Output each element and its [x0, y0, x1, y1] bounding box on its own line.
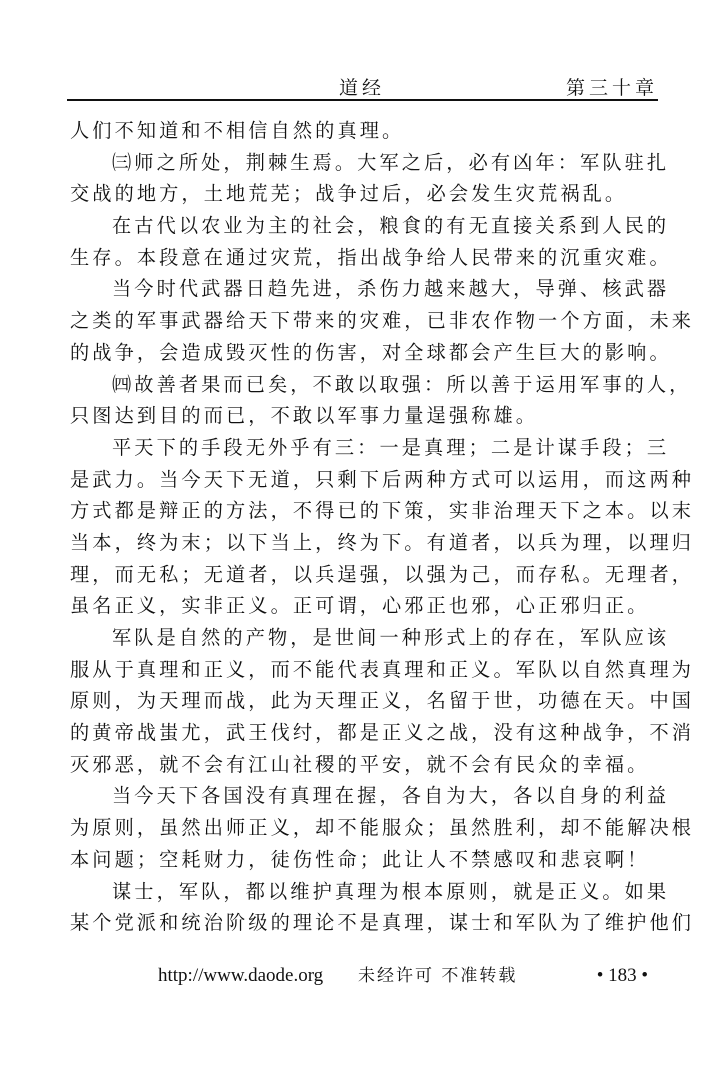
text-line: 本问题；空耗财力，徒伤性命；此让人不禁感叹和悲哀啊！	[70, 844, 658, 876]
text-line: 只图达到目的而已，不敢以军事力量逞强称雄。	[70, 400, 658, 432]
text-line: 的战争，会造成毁灭性的伤害，对全球都会产生巨大的影响。	[70, 337, 658, 369]
text-line: 平天下的手段无外乎有三：一是真理；二是计谋手段；三	[70, 432, 658, 464]
text-line: 交战的地方，土地荒芜；战争过后，必会发生灾荒祸乱。	[70, 178, 658, 210]
text-line: 之类的军事武器给天下带来的灾难，已非农作物一个方面，未来	[70, 305, 658, 337]
text-line: 的黄帝战蚩尤，武王伐纣，都是正义之战，没有这种战争，不消	[70, 717, 658, 749]
text-line: 灭邪恶，就不会有江山社稷的平安，就不会有民众的幸福。	[70, 749, 658, 781]
book-title: 道经	[339, 73, 385, 100]
text-line: 原则，为天理而战，此为天理正义，名留于世，功德在天。中国	[70, 685, 658, 717]
text-line: 当本，终为末；以下当上，终为下。有道者，以兵为理，以理归	[70, 527, 658, 559]
text-line: 当今时代武器日趋先进，杀伤力越来越大，导弹、核武器	[70, 273, 658, 305]
text-line: 某个党派和统治阶级的理论不是真理，谋士和军队为了维护他们	[70, 907, 658, 939]
text-line: 军队是自然的产物，是世间一种形式上的存在，军队应该	[70, 622, 658, 654]
running-header: 道经 第三十章	[67, 70, 658, 100]
text-line: 虽名正义，实非正义。正可谓，心邪正也邪，心正邪归正。	[70, 590, 658, 622]
text-line: 在古代以农业为主的社会，粮食的有无直接关系到人民的	[70, 210, 658, 242]
text-line: 生存。本段意在通过灾荒，指出战争给人民带来的沉重灾难。	[70, 242, 658, 274]
page-number: • 183 •	[597, 962, 648, 990]
text-line: 服从于真理和正义，而不能代表真理和正义。军队以自然真理为	[70, 654, 658, 686]
text-line: 人们不知道和不相信自然的真理。	[70, 115, 658, 147]
text-line: 方式都是辩正的方法，不得已的下策，实非治理天下之本。以末	[70, 495, 658, 527]
page-footer: http://www.daode.org 未经许可 不准转载 • 183 •	[158, 962, 658, 990]
text-line: 为原则，虽然出师正义，却不能服众；虽然胜利，却不能解决根	[70, 812, 658, 844]
copyright-notice: 未经许可 不准转载	[358, 962, 517, 990]
chapter-title: 第三十章	[566, 73, 658, 100]
text-line: 是武力。当今天下无道，只剩下后两种方式可以运用，而这两种	[70, 464, 658, 496]
website-link[interactable]: http://www.daode.org	[158, 962, 323, 990]
body-text: 人们不知道和不相信自然的真理。 ㈢师之所处，荆棘生焉。大军之后，必有凶年：军队驻…	[70, 115, 658, 939]
text-line: 当今天下各国没有真理在握，各自为大，各以自身的利益	[70, 780, 658, 812]
header-rule	[67, 99, 658, 101]
text-line: ㈢师之所处，荆棘生焉。大军之后，必有凶年：军队驻扎	[70, 147, 658, 179]
text-line: 谋士，军队，都以维护真理为根本原则，就是正义。如果	[70, 876, 658, 908]
text-line: 理，而无私；无道者，以兵逞强，以强为己，而存私。无理者，	[70, 559, 658, 591]
text-line: ㈣故善者果而已矣，不敢以取强：所以善于运用军事的人，	[70, 369, 658, 401]
